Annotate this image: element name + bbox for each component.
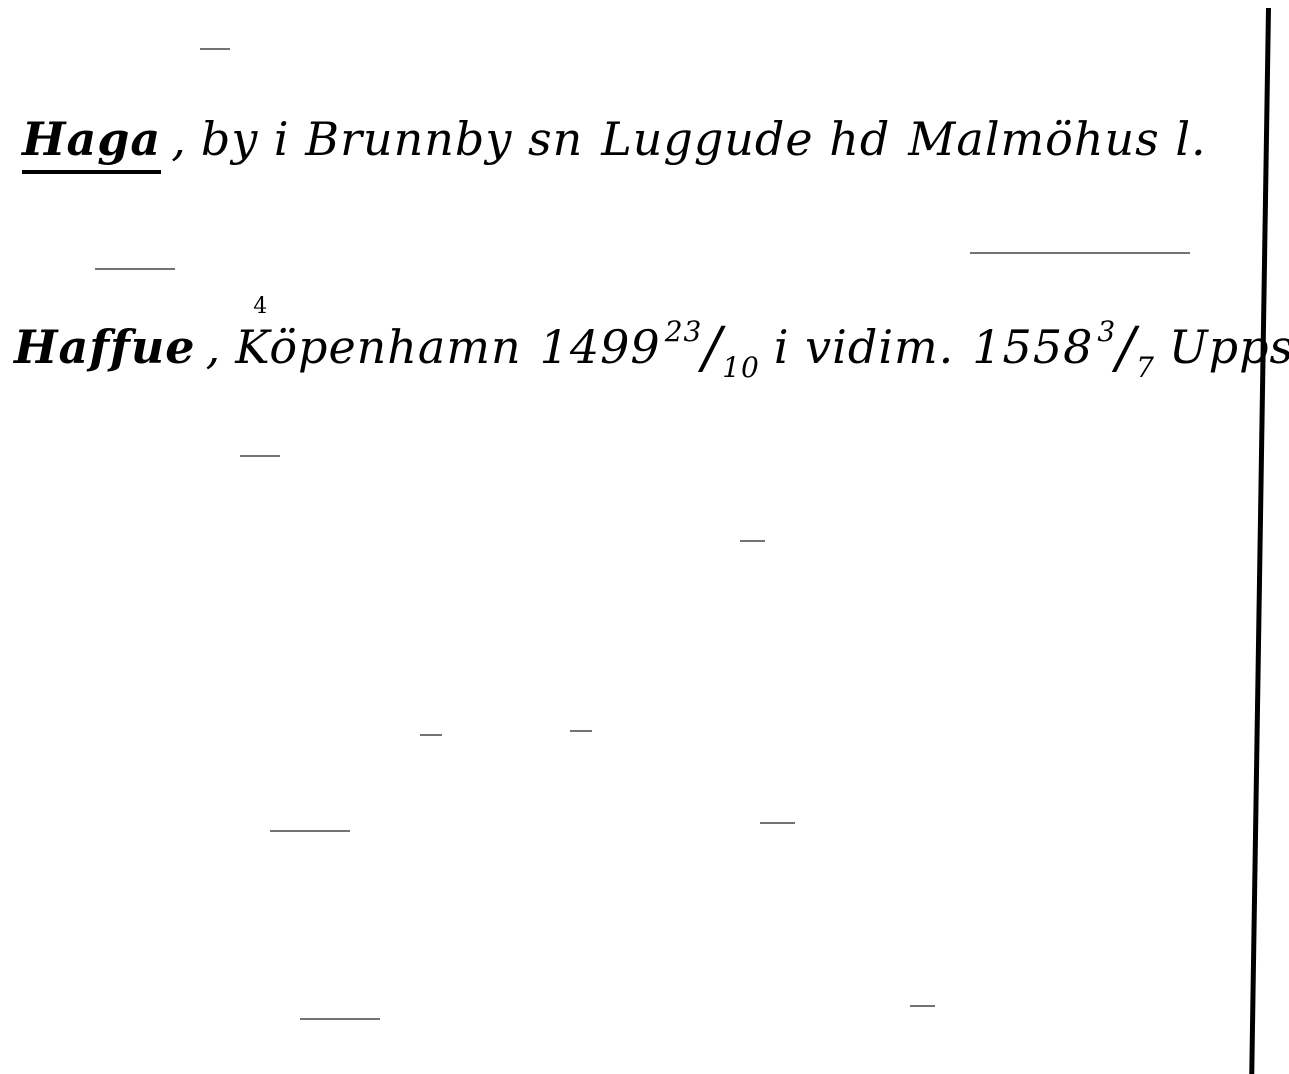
location-parish: by i Brunnby sn <box>201 112 583 166</box>
scan-noise <box>910 1005 935 1007</box>
scan-noise <box>420 734 442 736</box>
date-1: 23/10 <box>665 312 760 377</box>
index-card: Haga,by i Brunnby snLuggude hdMalmöhus l… <box>0 0 1289 1074</box>
headword: Haffue <box>14 320 196 374</box>
fraction-slash: / <box>702 316 722 381</box>
connector: i vidim. <box>774 320 954 374</box>
fraction-slash: / <box>1116 316 1136 381</box>
date-2-month: 7 <box>1136 351 1155 384</box>
location-district: Luggude hd <box>601 112 890 166</box>
place-name: 4Köpenhamn <box>235 320 521 374</box>
scan-noise <box>95 268 175 270</box>
place-label: Köpenhamn <box>235 320 521 374</box>
separator: , <box>206 320 222 374</box>
year-1: 1499 <box>540 320 661 374</box>
place-note: 4 <box>253 294 268 319</box>
entry-haffue: Haffue,4Köpenhamn149923/10i vidim.15583/… <box>14 312 1289 377</box>
date-1-day: 23 <box>665 315 703 348</box>
scan-noise <box>970 252 1190 254</box>
headword: Haga <box>22 112 161 174</box>
scan-noise <box>270 830 350 832</box>
scan-noise <box>740 540 765 542</box>
separator: , <box>171 112 187 166</box>
date-2-day: 3 <box>1097 315 1116 348</box>
source: Upps. dipl. <box>1169 320 1289 374</box>
location-county: Malmöhus l. <box>908 112 1206 166</box>
year-2: 1558 <box>972 320 1093 374</box>
scan-noise <box>300 1018 380 1020</box>
scan-noise <box>570 730 592 732</box>
date-2: 3/7 <box>1097 312 1155 377</box>
entry-haga: Haga,by i Brunnby snLuggude hdMalmöhus l… <box>22 112 1225 174</box>
scan-noise <box>240 455 280 457</box>
scan-noise <box>760 822 795 824</box>
date-1-month: 10 <box>722 351 760 384</box>
scan-noise <box>200 48 230 50</box>
card-edge-line <box>1249 8 1271 1074</box>
